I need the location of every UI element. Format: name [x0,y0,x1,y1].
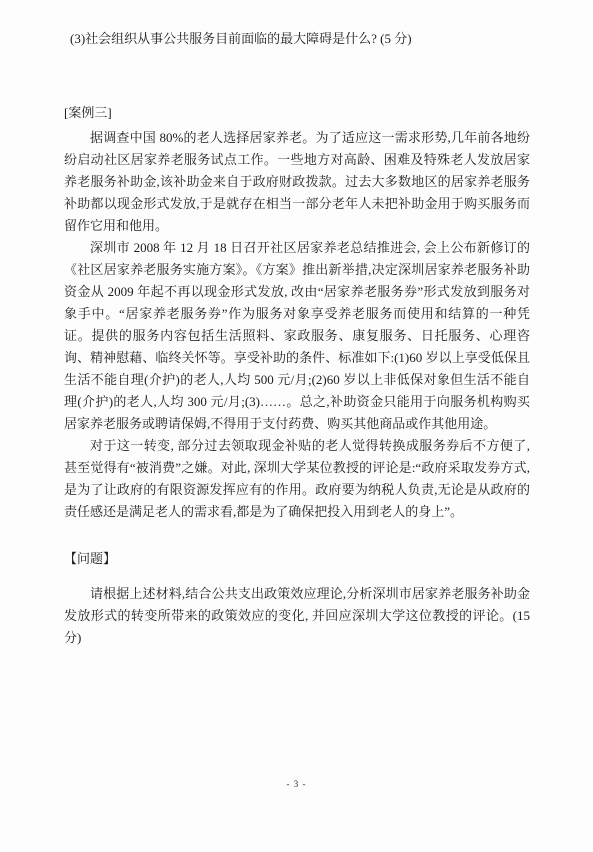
case-paragraph-1: 据调查中国 80%的老人选择居家养老。为了适应这一需求形势,几年前各地纷纷启动社… [64,127,530,237]
problem-paragraph: 请根据上述材料,结合公共支出政策效应理论,分析深圳市居家养老服务补助金发放形式的… [64,583,530,649]
document-page: (3)社会组织从事公共服务目前面临的最大障碍是什么? (5 分) [案例三] 据… [0,0,593,852]
problem-section-label: 【问题】 [64,548,530,570]
case-three-section-label: [案例三] [64,102,530,124]
question-3-line: (3)社会组织从事公共服务目前面临的最大障碍是什么? (5 分) [64,28,530,50]
page-number: - 3 - [0,779,593,789]
case-paragraph-3: 对于这一转变, 部分过去领取现金补贴的老人觉得转换成服务券后不方便了, 甚至觉得… [64,435,530,523]
case-paragraph-2: 深圳市 2008 年 12 月 18 日召开社区居家养老总结推进会, 会上公布新… [64,237,530,435]
page-content: (3)社会组织从事公共服务目前面临的最大障碍是什么? (5 分) [案例三] 据… [64,28,530,649]
